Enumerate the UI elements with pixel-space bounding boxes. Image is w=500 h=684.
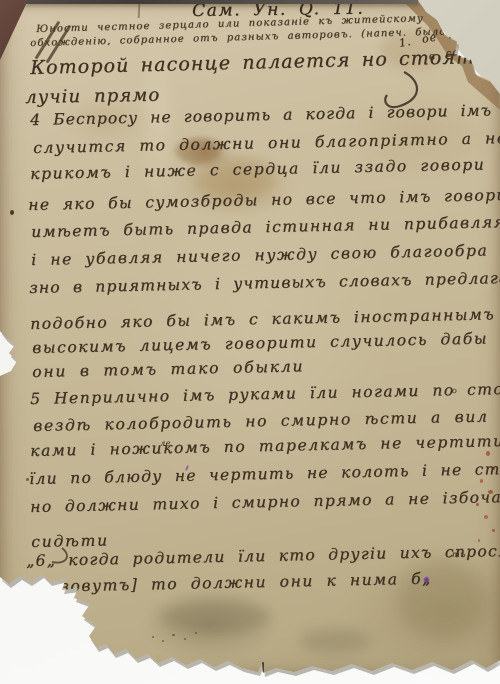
manuscript-line: сидѣти: [31, 533, 109, 550]
ink-speck: [172, 634, 175, 636]
superscript-mark: ле: [160, 439, 171, 448]
manuscript-line: случится то должни они благопріятно а не: [33, 131, 500, 156]
ink-speck: [184, 638, 186, 640]
stain: [300, 628, 370, 654]
manuscript-line: 4 Беспросу не говорить а когда і говори …: [30, 103, 500, 129]
red-speck: [480, 479, 483, 483]
paper-crease: [138, 2, 141, 18]
manuscript-line: і не убавляя ничего нужду свою благообра: [31, 243, 488, 268]
manuscript-line: їли по блюду не чертить не колоть і не с…: [29, 461, 500, 487]
manuscript-page: Сам. Ун. Q. 11. Юности честное зерцало и…: [0, 0, 500, 684]
manuscript-line: не яко бы сумозброды но все что імъ гово…: [28, 188, 500, 214]
ink-speck: [195, 632, 197, 634]
manuscript-line: имѣетъ быть правда істинная ни прибавляя: [31, 215, 500, 240]
superscript-mark: тъ: [452, 550, 466, 559]
manuscript-line: высокимъ лицемъ говорити случилось дабы: [32, 331, 488, 356]
top-edge-strip: [0, 0, 418, 4]
manuscript-line: зно в приятныхъ і учтивыхъ словахъ предл…: [29, 270, 500, 296]
manuscript-line: лучіи прямо: [25, 87, 160, 107]
manuscript-line: подобно яко бы імъ с какимъ іностраннымъ: [30, 307, 495, 332]
ink-speck: [10, 210, 14, 215]
red-speck: [492, 529, 495, 532]
manuscript-line: но должни тихо і смирно прямо а не ізбоч…: [30, 490, 500, 516]
ink-speck: [152, 636, 154, 638]
manuscript-line: Которой насонце палается но стоять ту до: [30, 46, 500, 78]
manuscript-line: крикомъ і ниже с сердца їли ззадо говори: [30, 157, 485, 182]
manuscript-line: [позовутъ] то должни они к нима б„: [30, 572, 432, 596]
ink-speck: [162, 640, 164, 642]
manuscript-photo: Сам. Ун. Q. 11. Юности честное зерцало и…: [0, 0, 500, 684]
manuscript-line: ками і ножикомъ по тарелкамъ не чертити: [30, 434, 500, 459]
stain: [160, 600, 270, 634]
red-speck: [484, 515, 488, 519]
manuscript-line: 5 Неприлично імъ руками їли ногами по ст…: [30, 382, 500, 407]
superscript-mark: ѻ: [452, 386, 457, 395]
manuscript-line: вездѣ колобродить но смирно ѣсти а вил: [33, 409, 489, 434]
red-speck: [486, 451, 490, 456]
manuscript-line: они в томъ тако обыкли: [32, 359, 304, 380]
